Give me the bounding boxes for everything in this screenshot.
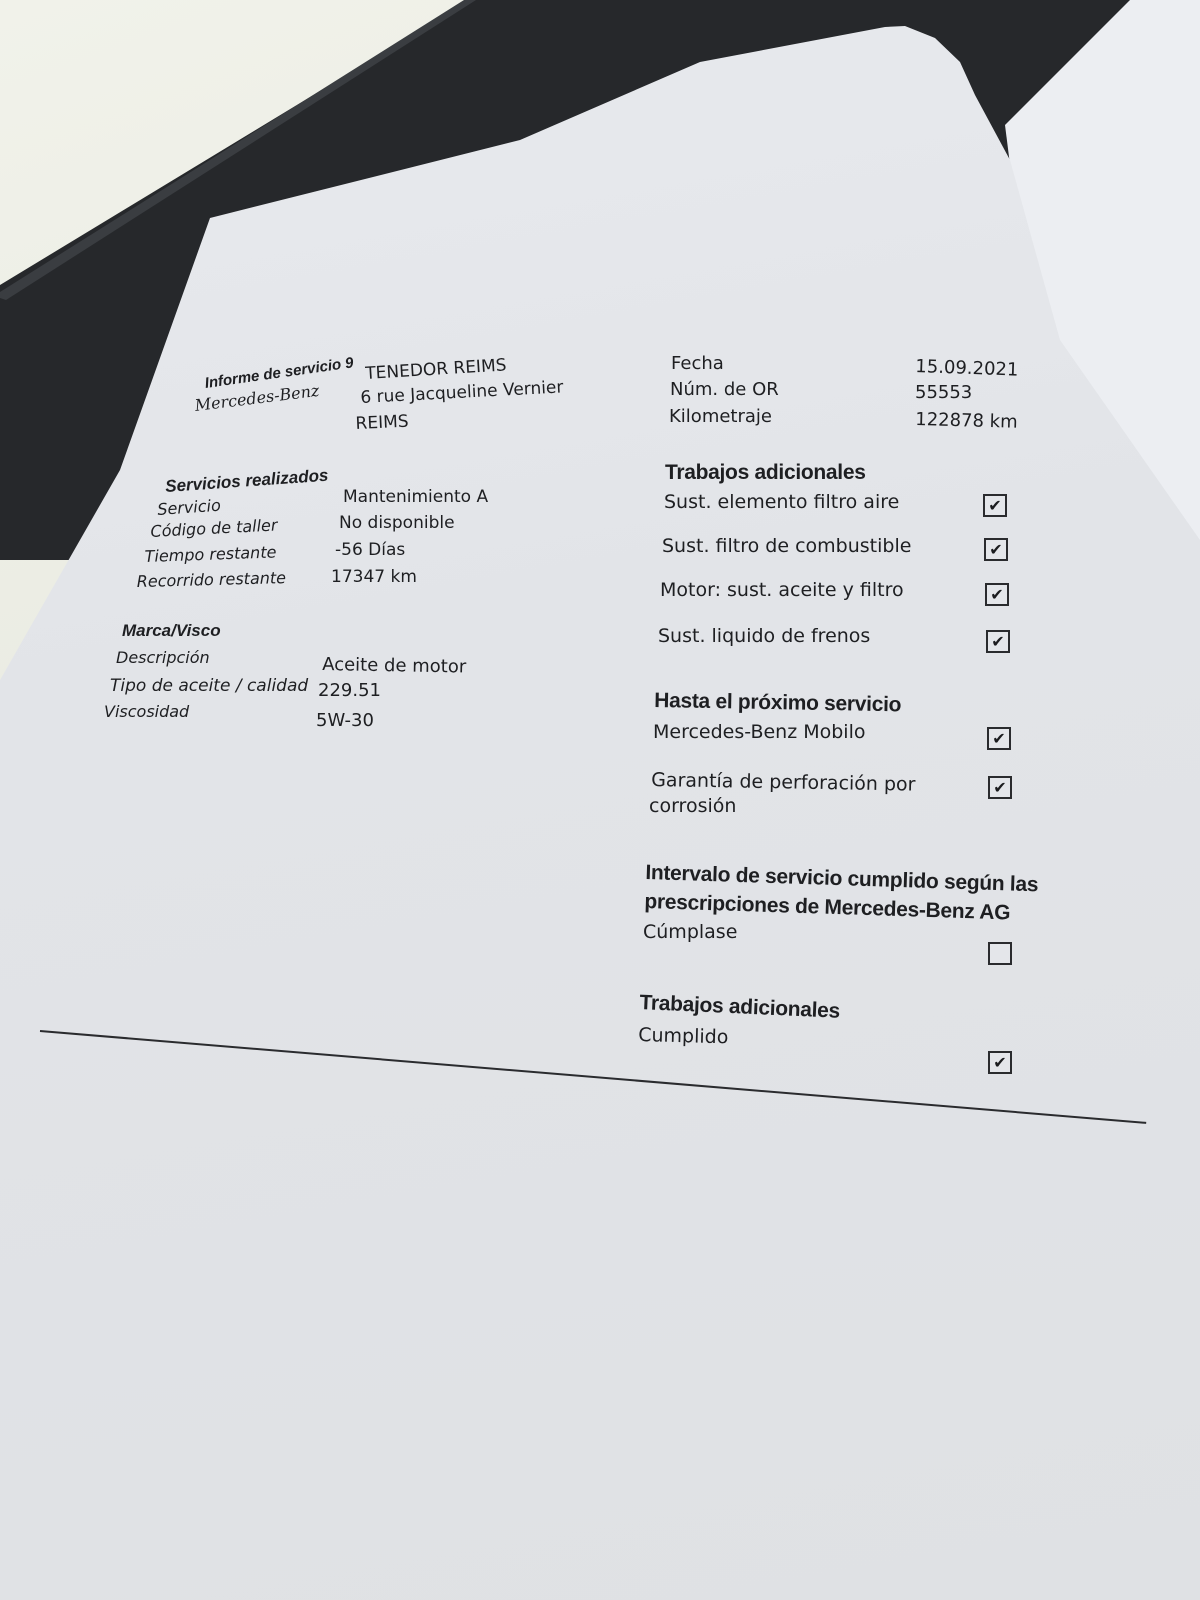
viscosity-value: 5W-30 — [316, 710, 374, 731]
dealer-city: REIMS — [355, 412, 409, 434]
oil-description-value: Aceite de motor — [322, 654, 466, 678]
oil-section-title: Marca/Visco — [122, 621, 221, 641]
service-value: Mantenimiento A — [343, 487, 488, 507]
next-service-item: Mercedes-Benz Mobilo — [653, 721, 865, 743]
air-filter-checkbox[interactable]: ✔ — [983, 494, 1007, 517]
complied-checkbox[interactable] — [988, 942, 1012, 965]
additional-work-item: Sust. filtro de combustible — [662, 535, 911, 557]
viscosity-label: Viscosidad — [104, 702, 189, 721]
fuel-filter-checkbox[interactable]: ✔ — [984, 538, 1008, 561]
mileage-value: 122878 km — [915, 409, 1018, 433]
order-number-value: 55553 — [915, 382, 972, 403]
service-report: Informe de servicio 9 Mercedes-Benz TENE… — [0, 0, 1200, 1600]
oil-filter-checkbox[interactable]: ✔ — [985, 583, 1009, 606]
time-remaining-label: Tiempo restante — [144, 542, 276, 566]
additional-work-status-item: Cumplido — [638, 1024, 729, 1048]
brake-fluid-checkbox[interactable]: ✔ — [986, 630, 1010, 653]
distance-remaining-label: Recorrido restante — [137, 568, 287, 591]
oil-type-label: Tipo de aceite / calidad — [110, 676, 308, 696]
workshop-code-label: Código de taller — [150, 515, 278, 541]
next-service-title: Hasta el próximo servicio — [654, 689, 901, 717]
mobilo-checkbox[interactable]: ✔ — [987, 727, 1011, 750]
corrosion-warranty-checkbox[interactable]: ✔ — [988, 776, 1012, 799]
next-service-item: Garantía de perforación por — [651, 769, 916, 796]
dealer-name: TENEDOR REIMS — [365, 355, 507, 384]
additional-work-item: Motor: sust. aceite y filtro — [660, 579, 904, 601]
services-performed-title: Servicios realizados — [165, 466, 329, 497]
date-label: Fecha — [671, 353, 724, 374]
workshop-code-value: No disponible — [339, 513, 455, 533]
additional-work-item: Sust. liquido de frenos — [658, 625, 870, 647]
oil-type-value: 229.51 — [318, 680, 381, 701]
additional-work-item: Sust. elemento filtro aire — [664, 491, 899, 513]
additional-work-title: Trabajos adicionales — [665, 461, 866, 485]
service-label: Servicio — [157, 496, 222, 519]
service-interval-item: Cúmplase — [643, 921, 737, 943]
horizontal-rule — [40, 1030, 1146, 1124]
distance-remaining-value: 17347 km — [331, 567, 417, 587]
mileage-label: Kilometraje — [669, 406, 772, 427]
next-service-item-cont: corrosión — [649, 795, 736, 817]
time-remaining-value: -56 Días — [335, 540, 405, 560]
additional-work-status-title: Trabajos adicionales — [639, 991, 840, 1024]
oil-description-label: Descripción — [116, 648, 210, 667]
date-value: 15.09.2021 — [915, 356, 1019, 381]
order-number-label: Núm. de OR — [670, 379, 779, 400]
completed-checkbox[interactable]: ✔ — [988, 1051, 1012, 1074]
